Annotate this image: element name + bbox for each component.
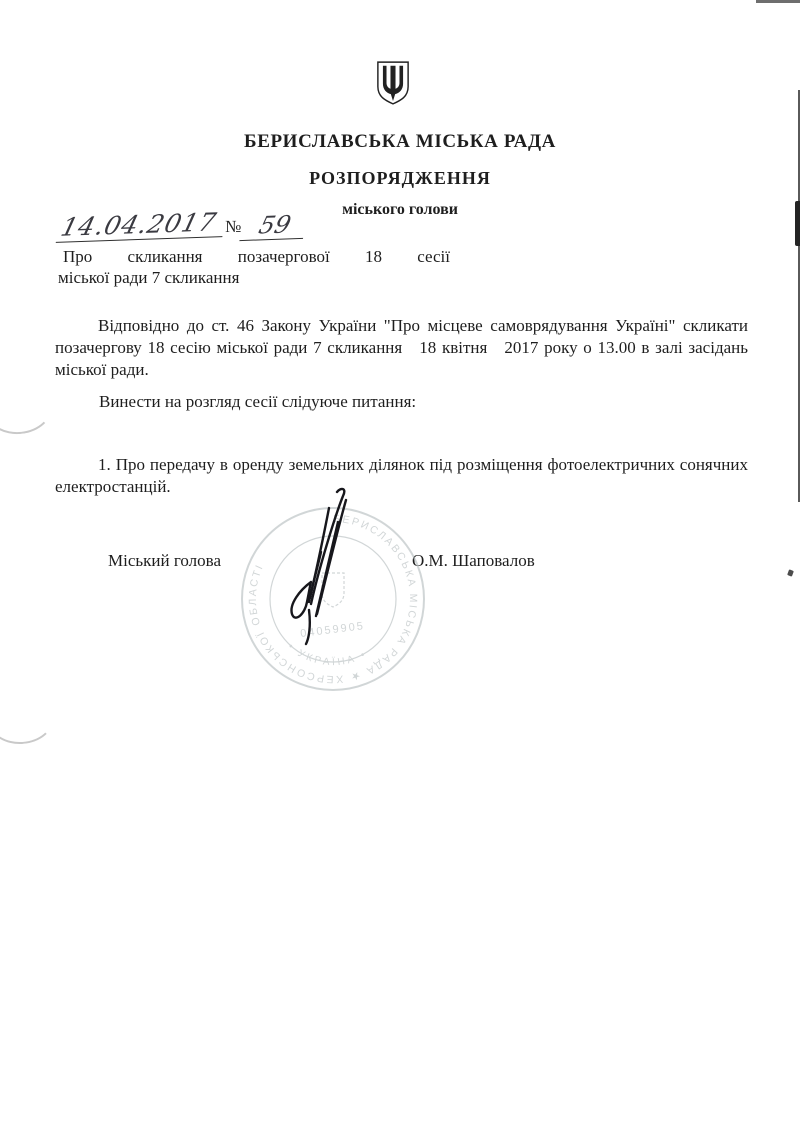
mayor-signature: [280, 486, 370, 646]
handwritten-date: 14.04.2017: [56, 209, 230, 243]
scan-artifact-top-right-strip: [756, 0, 800, 3]
signer-title: Міський голова: [108, 551, 221, 571]
subject-line-2: міської ради 7 скликання: [58, 267, 450, 288]
handwritten-number: 59: [240, 212, 310, 241]
subject-line-1: Про скликання позачергової 18 сесії: [58, 246, 450, 267]
scan-artifact-right-edge-blob: [795, 201, 800, 246]
agenda-item-1: 1. Про передачу в оренду земельних ділян…: [55, 454, 748, 498]
date-number-line: 14.04.2017 № 59: [60, 212, 306, 240]
signer-name: О.М. Шаповалов: [412, 551, 535, 571]
subject-block: Про скликання позачергової 18 сесії місь…: [58, 246, 450, 288]
scanned-document-page: БЕРИСЛАВСЬКА МІСЬКА РАДА РОЗПОРЯДЖЕННЯ м…: [0, 0, 800, 1131]
scan-artifact-arc-left-lower: [0, 692, 56, 746]
document-type-title: РОЗПОРЯДЖЕННЯ: [0, 168, 800, 189]
scan-artifact-arc-left-upper: [0, 381, 54, 438]
scan-artifact-speck: [787, 569, 794, 576]
ukraine-trident-emblem: [375, 53, 411, 113]
agenda-intro: Винести на розгляд сесії слідуюче питанн…: [99, 392, 416, 412]
body-paragraph: Відповідно до ст. 46 Закону України "Про…: [55, 315, 748, 380]
organization-name: БЕРИСЛАВСЬКА МІСЬКА РАДА: [0, 131, 800, 153]
